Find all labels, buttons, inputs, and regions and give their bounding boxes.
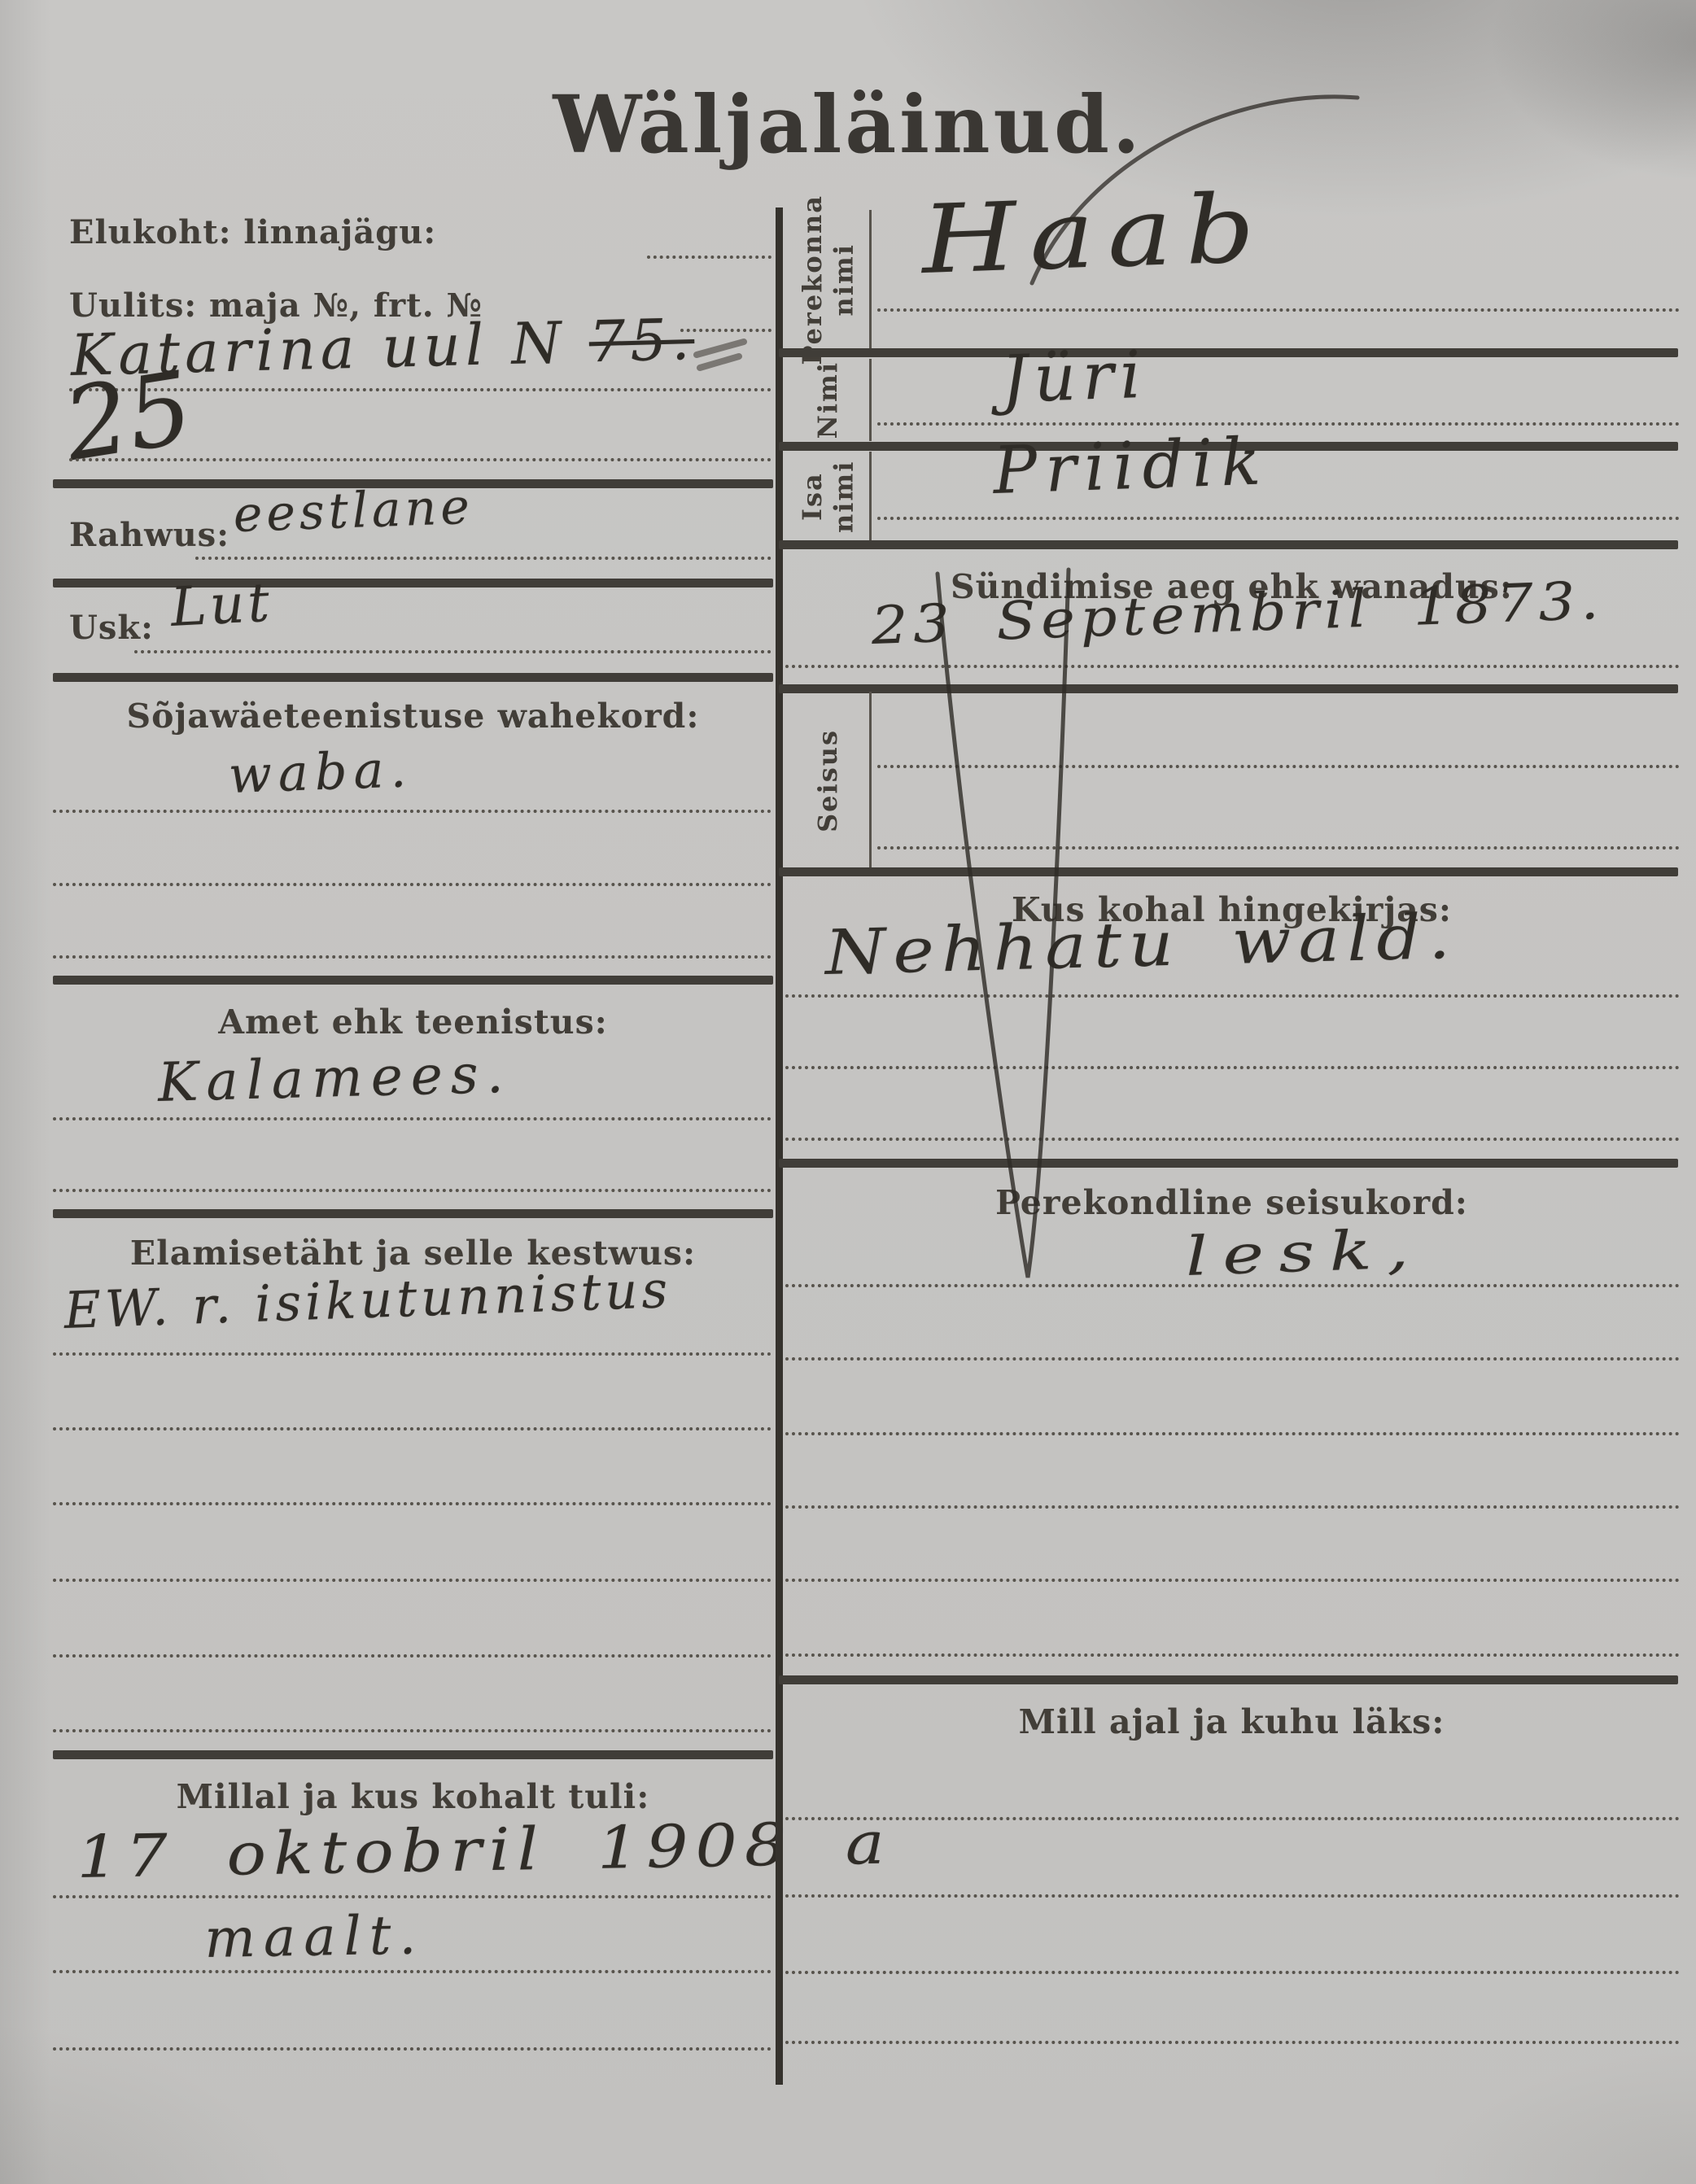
- street-number-struck-text: 75.: [588, 306, 695, 375]
- section-divider: [779, 1675, 1678, 1684]
- religion-value-handwritten: Lut: [169, 571, 274, 639]
- occupation-section-header: Amet ehk teenistus:: [53, 1002, 773, 1042]
- dotted-writing-line: [69, 458, 772, 461]
- label-gutter-line: [869, 359, 872, 441]
- dotted-writing-line: [877, 517, 1680, 520]
- dotted-writing-line: [53, 1117, 772, 1120]
- section-divider: [53, 673, 773, 682]
- dotted-writing-line: [877, 422, 1680, 426]
- section-divider: [53, 1750, 773, 1759]
- dotted-writing-line: [53, 1654, 772, 1658]
- label-gutter-line: [869, 452, 872, 540]
- dotted-writing-line: [53, 1579, 772, 1582]
- dotted-writing-line: [785, 1284, 1680, 1287]
- military-section-header: Sõjawäeteenistuse wahekord:: [53, 697, 773, 736]
- arrival-section-header: Millal ja kus kohalt tuli:: [53, 1777, 773, 1816]
- dotted-writing-line: [53, 1729, 772, 1732]
- dotted-writing-line: [53, 1502, 772, 1505]
- family-name-label: Perekonna nimi: [797, 194, 859, 365]
- father-name-handwritten: Priidik: [992, 423, 1270, 509]
- military-value-handwritten: waba.: [227, 739, 413, 805]
- dotted-writing-line: [785, 1653, 1680, 1657]
- dotted-writing-line: [647, 256, 772, 259]
- dotted-writing-line: [785, 665, 1680, 668]
- religion-label: Usk:: [69, 609, 154, 647]
- dotted-writing-line: [134, 650, 772, 653]
- occupation-value-handwritten: Kalamees.: [157, 1042, 513, 1114]
- family-name-label-box: Perekonna nimi: [786, 210, 869, 350]
- nationality-label: Rahwus:: [69, 516, 229, 554]
- dotted-writing-line: [53, 1427, 772, 1431]
- father-name-label: Isa nimi: [797, 452, 859, 540]
- dotted-writing-line: [877, 308, 1680, 312]
- status-label: Seisus: [812, 729, 843, 832]
- pen-smudge-mark: [697, 342, 744, 368]
- family-name-handwritten: Haab: [920, 173, 1270, 295]
- family-status-section-header: Perekondline seisukord:: [785, 1183, 1678, 1222]
- dotted-writing-line: [785, 1971, 1680, 1974]
- dotted-writing-line: [53, 810, 772, 813]
- house-number-handwritten: 25: [57, 349, 200, 483]
- dotted-writing-line: [195, 557, 772, 560]
- dotted-writing-line: [785, 1894, 1680, 1898]
- section-divider: [779, 348, 1678, 357]
- arrival-date-handwritten: 17 oktobril 1908 a: [76, 1809, 893, 1891]
- section-divider: [779, 1159, 1678, 1168]
- dotted-writing-line: [53, 883, 772, 886]
- dotted-writing-line: [53, 1352, 772, 1356]
- dotted-writing-line: [785, 1357, 1680, 1361]
- label-gutter-line: [869, 210, 872, 348]
- dotted-writing-line: [53, 1189, 772, 1192]
- section-divider: [53, 1209, 773, 1218]
- first-name-label-box: Nimi: [786, 360, 869, 441]
- section-divider: [779, 540, 1678, 549]
- dotted-writing-line: [785, 1817, 1680, 1820]
- status-label-box: Seisus: [786, 692, 869, 869]
- column-divider-line: [776, 207, 783, 2085]
- label-gutter-line: [869, 692, 872, 869]
- residence-label: Elukoht: linnajägu:: [69, 213, 436, 251]
- registered-value-handwritten: Nehhatu wald.: [824, 900, 1458, 989]
- family-status-value-handwritten: lesk,: [1184, 1217, 1424, 1288]
- section-divider: [53, 976, 773, 985]
- father-name-label-box: Isa nimi: [786, 452, 869, 540]
- document-page: Wäljaläinud. Elukoht: linnajägu: Uulits:…: [0, 0, 1696, 2184]
- departure-section-header: Mill ajal ja kuhu läks:: [785, 1702, 1678, 1741]
- dotted-writing-line: [785, 1432, 1680, 1435]
- dotted-writing-line: [53, 1970, 772, 1973]
- arrival-origin-handwritten: maalt.: [204, 1903, 425, 1970]
- dotted-writing-line: [877, 846, 1680, 850]
- dotted-writing-line: [785, 1066, 1680, 1069]
- dotted-writing-line: [785, 1579, 1680, 1582]
- dotted-writing-line: [53, 2047, 772, 2051]
- section-divider: [779, 684, 1678, 693]
- dotted-writing-line: [53, 955, 772, 959]
- dotted-writing-line: [785, 2041, 1680, 2044]
- form-title: Wäljaläinud.: [0, 78, 1696, 171]
- dotted-writing-line: [785, 1505, 1680, 1509]
- section-divider: [53, 579, 773, 587]
- first-name-handwritten: Jüri: [1000, 337, 1149, 417]
- section-divider: [779, 867, 1678, 876]
- dotted-writing-line: [877, 765, 1680, 768]
- first-name-label: Nimi: [812, 361, 843, 439]
- nationality-value-handwritten: eestlane: [233, 478, 474, 544]
- dotted-writing-line: [785, 994, 1680, 998]
- dotted-writing-line: [785, 1138, 1680, 1141]
- dotted-writing-line: [53, 1895, 772, 1898]
